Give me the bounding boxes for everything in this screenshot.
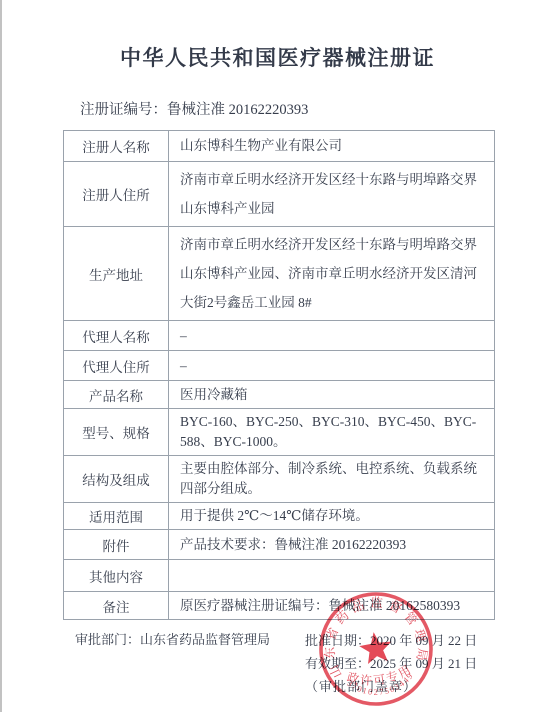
registration-number-line: 注册证编号：鲁械注准 20162220393 [80, 98, 555, 119]
row-label: 产品名称 [64, 381, 169, 408]
table-row: 产品名称 医用冷藏箱 [64, 380, 494, 408]
footer: 审批部门：山东省药品监督管理局 批准日期：2020 年 09 月 22 日 有效… [0, 629, 555, 648]
row-label: 型号、规格 [64, 409, 169, 455]
row-label: 其他内容 [64, 560, 169, 591]
row-value: 产品技术要求：鲁械注准 20162220393 [169, 530, 494, 559]
row-label: 代理人住所 [64, 351, 169, 380]
row-label: 代理人名称 [64, 321, 169, 350]
registration-number-label: 注册证编号： [80, 102, 167, 118]
table-row: 型号、规格 BYC-160、BYC-250、BYC-310、BYC-450、BY… [64, 408, 494, 455]
row-value [169, 560, 494, 591]
row-label: 生产地址 [64, 227, 169, 320]
official-seal-stamp: 山东省药品监督管理局 行政许可专用章 3701027503449 [307, 580, 445, 712]
table-row: 结构及组成 主要由腔体部分、制冷系统、电控系统、负载系统四部分组成。 [64, 455, 494, 502]
table-row: 注册人名称 山东博科生物产业有限公司 [64, 131, 494, 161]
table-row: 生产地址 济南市章丘明水经济开发区经十东路与明埠路交界山东博科产业园、济南市章丘… [64, 226, 494, 320]
seal-star-icon [358, 630, 394, 665]
row-value: 济南市章丘明水经济开发区经十东路与明埠路交界山东博科产业园、济南市章丘明水经济开… [169, 227, 494, 320]
row-value: – [169, 321, 494, 350]
certificate-page: { "page": { "title": "中华人民共和国医疗器械注册证", "… [0, 0, 555, 712]
table-row: 其他内容 [64, 559, 494, 591]
row-value: 医用冷藏箱 [169, 381, 494, 408]
row-value: BYC-160、BYC-250、BYC-310、BYC-450、BYC-588、… [169, 409, 494, 455]
row-value: 山东博科生物产业有限公司 [169, 131, 494, 161]
row-label: 备注 [64, 592, 169, 619]
approval-department-label: 审批部门： [75, 632, 140, 647]
row-value: 用于提供 2℃～14℃储存环境。 [169, 503, 494, 529]
row-value: 济南市章丘明水经济开发区经十东路与明埠路交界山东博科产业园 [169, 162, 494, 226]
approval-department-value: 山东省药品监督管理局 [140, 632, 270, 647]
certificate-title: 中华人民共和国医疗器械注册证 [0, 0, 555, 72]
row-label: 注册人名称 [64, 131, 169, 161]
certificate-table: 注册人名称 山东博科生物产业有限公司 注册人住所 济南市章丘明水经济开发区经十东… [63, 130, 495, 620]
row-label: 附件 [64, 530, 169, 559]
registration-number-value: 鲁械注准 20162220393 [167, 102, 308, 118]
row-value: – [169, 351, 494, 380]
table-row: 附件 产品技术要求：鲁械注准 20162220393 [64, 529, 494, 559]
table-row: 代理人住所 – [64, 350, 494, 380]
table-row: 代理人名称 – [64, 320, 494, 350]
row-label: 适用范围 [64, 503, 169, 529]
table-row: 注册人住所 济南市章丘明水经济开发区经十东路与明埠路交界山东博科产业园 [64, 161, 494, 226]
table-row: 适用范围 用于提供 2℃～14℃储存环境。 [64, 502, 494, 529]
row-value: 主要由腔体部分、制冷系统、电控系统、负载系统四部分组成。 [169, 456, 494, 502]
row-label: 注册人住所 [64, 162, 169, 226]
scan-edge-shadow [0, 0, 2, 712]
row-label: 结构及组成 [64, 456, 169, 502]
